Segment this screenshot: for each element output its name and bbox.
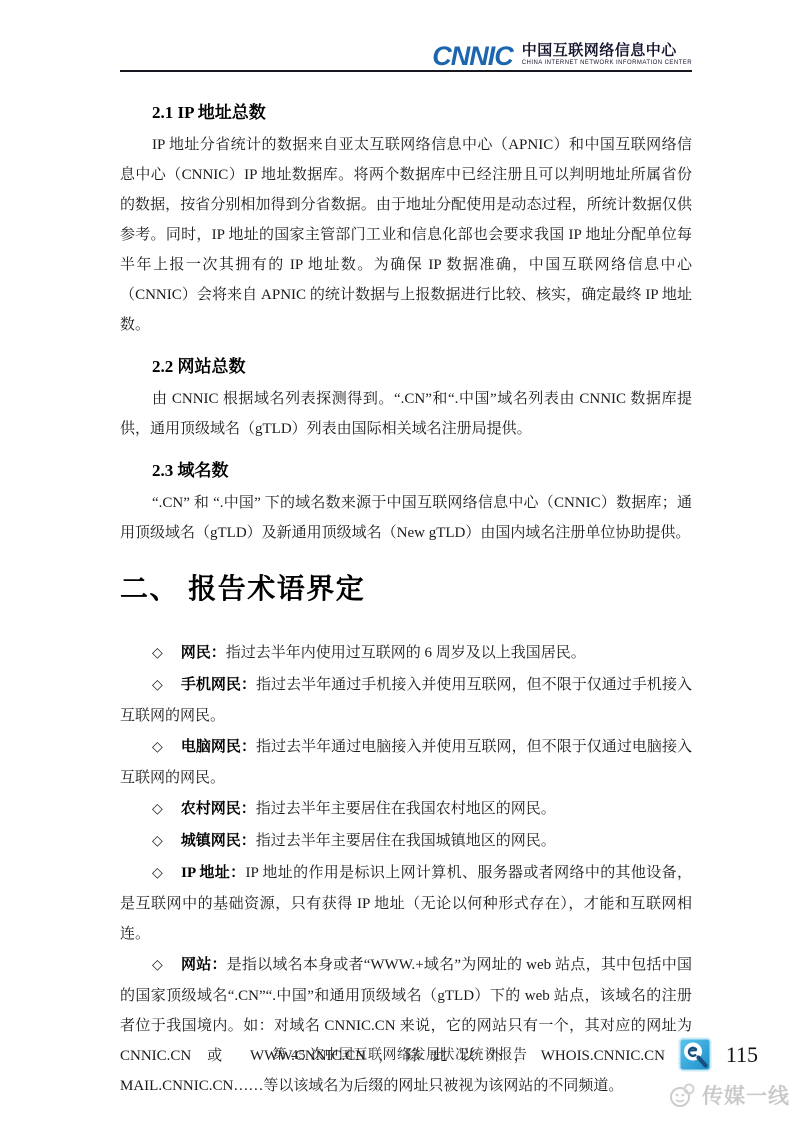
term-item-urban-netizen: ◇城镇网民：指过去半年主要居住在我国城镇地区的网民。 xyxy=(120,826,692,857)
watermark-text: 传媒一线 xyxy=(702,1080,790,1110)
diamond-bullet-icon: ◇ xyxy=(152,958,163,973)
section-heading-domain-count: 2.3 域名数 xyxy=(152,460,692,482)
diamond-bullet-icon: ◇ xyxy=(152,834,163,849)
watermark: 传媒一线 xyxy=(667,1080,790,1110)
term-definition: 指过去半年内使用过互联网的 6 周岁及以上我国居民。 xyxy=(226,645,586,661)
term-definition: 指过去半年主要居住在我国城镇地区的网民。 xyxy=(256,833,556,849)
diamond-bullet-icon: ◇ xyxy=(152,866,163,881)
section-heading-ip-total: 2.1 IP 地址总数 xyxy=(152,102,692,124)
term-definition: 指过去半年主要居住在我国农村地区的网民。 xyxy=(256,801,556,817)
term-label: 手机网民： xyxy=(181,677,256,693)
org-name-chinese: 中国互联网络信息中心 xyxy=(522,42,677,59)
term-item-rural-netizen: ◇农村网民：指过去半年主要居住在我国农村地区的网民。 xyxy=(120,794,692,825)
term-item-mobile-netizen: ◇手机网民：指过去半年通过手机接入并使用互联网，但不限于仅通过手机接入互联网的网… xyxy=(120,670,692,731)
terminology-list: ◇网民：指过去半年内使用过互联网的 6 周岁及以上我国居民。 ◇手机网民：指过去… xyxy=(120,638,692,1101)
diamond-bullet-icon: ◇ xyxy=(152,802,163,817)
cnnic-logo: CNNIC xyxy=(432,45,513,67)
section-heading-website-total: 2.2 网站总数 xyxy=(152,356,692,378)
section-body-website-total: 由 CNNIC 根据域名列表探测得到。“.CN”和“.中国”域名列表由 CNNI… xyxy=(120,384,692,444)
diamond-bullet-icon: ◇ xyxy=(152,678,163,693)
page-number-block: 115 xyxy=(678,1036,758,1073)
document-content: 2.1 IP 地址总数 IP 地址分省统计的数据来自亚太互联网络信息中心（APN… xyxy=(120,86,692,1102)
diamond-bullet-icon: ◇ xyxy=(152,740,163,755)
term-label: 城镇网民： xyxy=(181,833,256,849)
page-number: 115 xyxy=(726,1042,758,1068)
term-label: IP 地址： xyxy=(181,865,245,881)
term-item-computer-netizen: ◇电脑网民：指过去半年通过电脑接入并使用互联网，但不限于仅通过电脑接入互联网的网… xyxy=(120,732,692,793)
term-item-ip-address: ◇IP 地址：IP 地址的作用是标识上网计算机、服务器或者网络中的其他设备，是互… xyxy=(120,858,692,949)
diamond-bullet-icon: ◇ xyxy=(152,646,163,661)
chapter-heading-terminology: 二、 报告术语界定 xyxy=(120,570,692,608)
magnifier-logo-icon xyxy=(678,1036,712,1073)
page-header: CNNIC 中国互联网络信息中心 CHINA INTERNET NETWORK … xyxy=(120,42,692,72)
term-label: 农村网民： xyxy=(181,801,256,817)
term-label: 网民： xyxy=(181,645,226,661)
term-definition: 是指以域名本身或者“WWW.+域名”为网址的 web 站点，其中包括中国的国家顶… xyxy=(120,957,692,1094)
document-page: CNNIC 中国互联网络信息中心 CHINA INTERNET NETWORK … xyxy=(0,0,800,1131)
term-label: 网站： xyxy=(181,957,227,973)
section-body-ip-total: IP 地址分省统计的数据来自亚太互联网络信息中心（APNIC）和中国互联网络信息… xyxy=(120,130,692,340)
section-body-domain-count: “.CN” 和 “.中国” 下的域名数来源于中国互联网络信息中心（CNNIC）数… xyxy=(120,488,692,548)
term-item-netizen: ◇网民：指过去半年内使用过互联网的 6 周岁及以上我国居民。 xyxy=(120,638,692,669)
watermark-face-icon xyxy=(667,1081,697,1109)
term-label: 电脑网民： xyxy=(181,739,256,755)
term-item-website: ◇网站：是指以域名本身或者“WWW.+域名”为网址的 web 站点，其中包括中国… xyxy=(120,950,692,1101)
org-name-english: CHINA INTERNET NETWORK INFORMATION CENTE… xyxy=(522,59,692,67)
org-name-block: 中国互联网络信息中心 CHINA INTERNET NETWORK INFORM… xyxy=(522,42,692,67)
